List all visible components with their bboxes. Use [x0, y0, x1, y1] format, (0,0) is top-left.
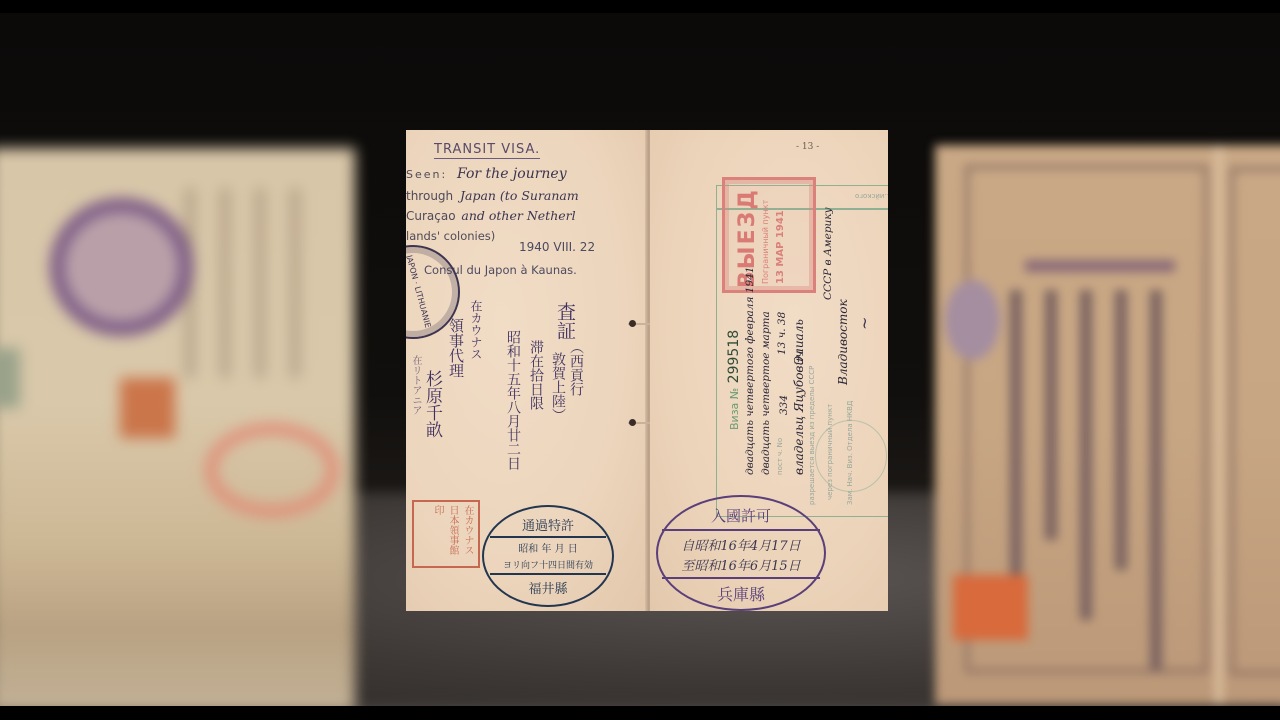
- visa-line-4: lands' colonies): [406, 229, 495, 243]
- jp-consul-title: 領事代理: [446, 318, 467, 378]
- blurred-document-right: [935, 145, 1280, 705]
- open-passport: TRANSIT VISA. Seen: For the journey thro…: [406, 130, 888, 611]
- transit-permit-stamp: 通過特許 昭和 年 月 日 ヨリ向フ十四日間有効 福井縣: [482, 505, 614, 607]
- visa-number: 299518: [726, 330, 742, 383]
- stamp-prefecture: 兵庫縣: [668, 582, 814, 605]
- letterbox-bar-top: [0, 0, 1280, 13]
- jp-consul-location: 在カウナス: [468, 300, 485, 360]
- handwritten-line: Элиаль: [792, 319, 806, 365]
- stamp-number: 334: [778, 395, 790, 415]
- handwritten-line: СССР в Америку: [822, 207, 834, 300]
- blurred-text-column: [1115, 290, 1127, 570]
- stamp-prefecture: 福井縣: [494, 578, 602, 597]
- blurred-red-oval-stamp: [205, 423, 339, 517]
- visa-line-3: Curaçao and other Netherl: [406, 208, 576, 223]
- blurred-frame-right: [1230, 167, 1280, 675]
- visa-line-2: through Japan (to Suranam: [406, 188, 579, 203]
- exit-stamp-place: Пограничный пункт: [761, 200, 770, 284]
- blurred-red-seal: [953, 575, 1028, 640]
- staple-hole: [629, 419, 636, 426]
- visa-number-label: Виза №: [728, 388, 741, 430]
- stamp-title: 通過特許: [494, 515, 602, 534]
- handwritten-line: двадцать четвертое марта: [760, 311, 772, 475]
- red-consulate-seal: 在カウナス日本領事館印: [412, 500, 480, 568]
- page-number: - 13 -: [796, 142, 819, 152]
- stamp-divider: [662, 577, 820, 579]
- handwritten-text: and other Netherl: [461, 208, 575, 223]
- printed-text: Curaçao: [406, 209, 456, 223]
- handwritten-text: For the journey: [457, 166, 567, 182]
- stamp-time: 13 ч. 38: [776, 312, 788, 355]
- stamp-expiry-date: 至昭和16年6月15日: [668, 555, 814, 574]
- handwritten-line: владельц Яцубович: [792, 350, 806, 475]
- exit-stamp: ВЫЕЗД Пограничный пункт 13 МАР 1941: [722, 177, 816, 293]
- letterbox-bar-bottom: [0, 706, 1280, 720]
- entry-permit-stamp: 入國許可 自昭和16年4月17日 至昭和16年6月15日 兵庫縣: [656, 495, 826, 611]
- stamp-divider: [662, 529, 820, 531]
- jp-landing-note: 敦賀上陸）: [548, 352, 568, 422]
- blurred-text-column: [1080, 290, 1092, 620]
- stamp-validity: ヨリ向フ十四日間有効: [494, 558, 602, 571]
- visa-line-1: Seen: For the journey: [406, 166, 567, 182]
- jp-validity: 滞在拾日限: [526, 340, 546, 410]
- passport-page-left: TRANSIT VISA. Seen: For the journey thro…: [406, 130, 648, 611]
- blurred-purple-stamp: [945, 280, 1000, 360]
- blurred-text-column: [1010, 290, 1022, 590]
- blurred-document-left: [0, 148, 355, 706]
- blurred-red-seal: [120, 378, 175, 438]
- blurred-purple-stamp: [50, 198, 193, 336]
- printed-line: разрешается выезд из пределы СССР: [808, 366, 816, 505]
- blurred-green-stamp: [0, 348, 20, 408]
- blurred-fold: [1215, 145, 1223, 705]
- printed-text: Seen:: [406, 168, 447, 181]
- printed-text: lands' colonies): [406, 229, 495, 243]
- stamp-divider: [490, 573, 606, 575]
- jp-consul-name: 杉原千畝: [420, 370, 445, 438]
- jp-date: 昭和十五年八月廿二日: [503, 330, 523, 470]
- handwritten-line: двадцать четвертого февраля 1941: [744, 267, 756, 476]
- transit-visa-title: TRANSIT VISA.: [434, 142, 540, 159]
- jp-seal-side-text: 在リトアニア: [408, 355, 423, 415]
- blurred-header-line: [1025, 260, 1175, 272]
- visa-number-line: Виза № 299518: [726, 330, 742, 430]
- stamp-date: 昭和 年 月 日: [494, 540, 602, 555]
- printed-line: пост ч. No: [776, 438, 784, 475]
- passport-page-right: - 13 - ...ийского ВЫЕЗД Пограничный пунк…: [650, 130, 888, 611]
- exit-stamp-date: 13 МАР 1941: [775, 210, 786, 284]
- handwritten-text: Japan (to Suranam: [460, 188, 579, 203]
- blurred-text-column: [1150, 290, 1162, 670]
- stamp-issued-date: 自昭和16年4月17日: [668, 535, 814, 554]
- signature: ~: [855, 317, 874, 330]
- faint-green-seal: [815, 420, 887, 492]
- jp-route-note: （西貢行: [566, 340, 586, 396]
- staple-hole: [629, 320, 636, 327]
- jp-visa-label: 査証: [552, 302, 579, 340]
- form-header-text: ...ийского: [855, 192, 888, 200]
- blurred-text-column: [1045, 290, 1057, 540]
- seal-text: JAPON · LITHUANIE: [406, 254, 433, 329]
- stamp-divider: [490, 536, 606, 538]
- printed-text: through: [406, 189, 453, 203]
- handwritten-line: Владивосток: [836, 299, 850, 385]
- stamp-title: 入國許可: [668, 505, 814, 526]
- visa-date: 1940 VIII. 22: [519, 240, 595, 254]
